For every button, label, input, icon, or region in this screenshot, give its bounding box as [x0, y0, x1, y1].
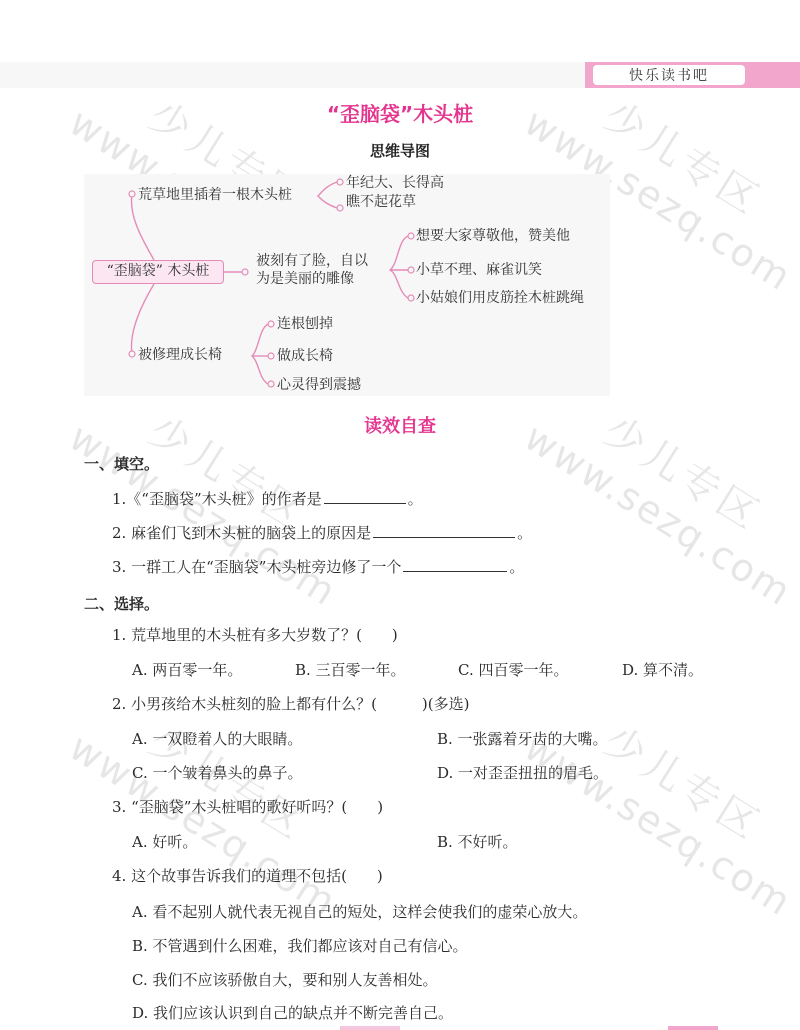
mindmap-leaf: 做成长椅	[277, 347, 333, 365]
mindmap-root-node: “歪脑袋” 木头桩	[92, 260, 224, 284]
choice-option[interactable]: C. 四百零一年。	[458, 660, 568, 680]
choice-option[interactable]: A. 两百零一年。	[132, 660, 242, 680]
bottom-decoration	[668, 1026, 718, 1030]
choice-question-4: 4. 这个故事告诉我们的道理不包括( )	[112, 866, 383, 886]
choice-option[interactable]: D. 我们应该认识到自己的缺点并不断完善自己。	[132, 1003, 453, 1023]
watermark: www.sezq.com	[517, 725, 800, 925]
question-suffix: 。	[517, 524, 532, 542]
mindmap-branch-2-line2: 为是美丽的雕像	[256, 270, 354, 288]
choice-question-2: 2. 小男孩给木头桩刻的脸上都有什么？( )(多选)	[112, 694, 470, 714]
watermark: www.sezq.com	[62, 415, 345, 615]
mindmap-leaf: 瞧不起花草	[346, 193, 416, 211]
fill-in-question-1: 1.《“歪脑袋”木头桩》的作者是。	[112, 488, 423, 509]
mindmap-leaf: 连根刨掉	[277, 315, 333, 333]
choice-option[interactable]: C. 一个皱着鼻头的鼻子。	[132, 763, 302, 783]
question-suffix: 。	[509, 558, 524, 576]
watermark: www.sezq.com	[517, 415, 800, 615]
mindmap-leaf: 小姑娘们用皮筋拴木桩跳绳	[416, 289, 584, 307]
watermark: www.sezq.com	[62, 725, 345, 925]
choice-option[interactable]: B. 不管遇到什么困难，我们都应该对自己有信心。	[132, 936, 468, 956]
question-text: 3. 一群工人在“歪脑袋”木头桩旁边修了一个	[112, 558, 401, 576]
question-text: 1.《“歪脑袋”木头桩》的作者是	[112, 490, 322, 508]
answer-blank[interactable]	[373, 522, 515, 538]
question-text: 2. 麻雀们飞到木头桩的脑袋上的原因是	[112, 524, 371, 542]
mindmap-leaf: 小草不理、麻雀讥笑	[416, 261, 542, 279]
story-title: “歪脑袋”木头桩	[0, 98, 800, 127]
quiz-title: 读效自查	[0, 412, 800, 438]
section-tab-label: 快乐读书吧	[593, 65, 745, 85]
section-heading-fill-in: 一、填空。	[84, 454, 159, 474]
choice-option[interactable]: C. 我们不应该骄傲自大，要和别人友善相处。	[132, 970, 437, 990]
fill-in-question-3: 3. 一群工人在“歪脑袋”木头桩旁边修了一个。	[112, 556, 524, 577]
mindmap-leaf: 年纪大、长得高	[346, 174, 444, 192]
watermark: 少儿专区	[595, 710, 774, 852]
mindmap-title: 思维导图	[0, 140, 800, 161]
choice-option[interactable]: A. 一双瞪着人的大眼睛。	[132, 729, 302, 749]
mindmap-leaf: 心灵得到震撼	[277, 376, 361, 394]
fill-in-question-2: 2. 麻雀们飞到木头桩的脑袋上的原因是。	[112, 522, 532, 543]
answer-blank[interactable]	[403, 556, 507, 572]
choice-option[interactable]: A. 看不起别人就代表无视自己的短处，这样会使我们的虚荣心放大。	[132, 902, 587, 922]
question-suffix: 。	[408, 490, 423, 508]
section-heading-choice: 二、选择。	[84, 594, 159, 614]
mindmap: “歪脑袋” 木头桩 荒草地里插着一根木头桩 年纪大、长得高 瞧不起花草 被刻有了…	[84, 174, 610, 396]
bottom-decoration	[340, 1026, 400, 1030]
mindmap-branch-2-line1: 被刻有了脸，自以	[256, 252, 368, 270]
choice-question-1: 1. 荒草地里的木头桩有多大岁数了？( )	[112, 625, 398, 645]
choice-option[interactable]: D. 一对歪歪扭扭的眉毛。	[437, 763, 608, 783]
mindmap-leaf: 想要大家尊敬他，赞美他	[416, 227, 570, 245]
mindmap-branch-3: 被修理成长椅	[138, 346, 222, 364]
choice-option[interactable]: B. 一张露着牙齿的大嘴。	[437, 729, 608, 749]
section-tab: 快乐读书吧	[585, 62, 800, 88]
mindmap-branch-1: 荒草地里插着一根木头桩	[138, 186, 292, 204]
choice-option[interactable]: B. 不好听。	[437, 832, 518, 852]
choice-question-3: 3. “歪脑袋”木头桩唱的歌好听吗？( )	[112, 797, 383, 817]
choice-option[interactable]: D. 算不清。	[622, 660, 703, 680]
answer-blank[interactable]	[324, 488, 406, 504]
choice-option[interactable]: A. 好听。	[132, 832, 197, 852]
choice-option[interactable]: B. 三百零一年。	[295, 660, 406, 680]
